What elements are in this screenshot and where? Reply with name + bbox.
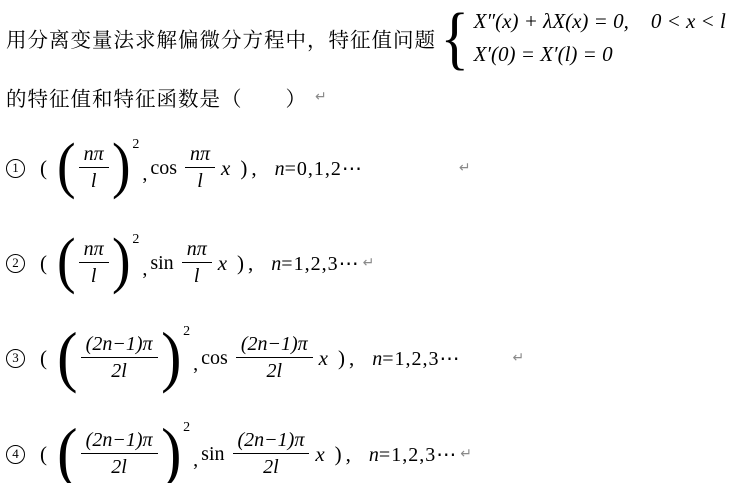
fraction-denominator: 2l xyxy=(266,358,282,383)
option-2-tuple-close-paren: ), xyxy=(237,251,257,276)
option-4-tuple-close-paren: ), xyxy=(335,442,355,467)
option-row-4: 4 ( ( (2n−1)π2l ) 2 , sin (2n−1)π2l x ),… xyxy=(6,417,738,483)
option-2-tuple-open-paren: ( xyxy=(40,251,47,276)
problem-statement-row: 用分离变量法求解偏微分方程中，特征值问题 { X″(x) + λX(x) = 0… xyxy=(6,4,738,72)
paragraph-return-mark: ↵ xyxy=(513,351,525,365)
big-open-paren: ( xyxy=(57,418,77,483)
range-values: =1,2,3⋯ xyxy=(379,444,457,466)
system-domain-condition: 0 < x < l xyxy=(651,9,726,33)
option-3-circled-number: 3 xyxy=(6,349,25,368)
trig-function-label: sin xyxy=(150,252,173,275)
fraction-numerator: nπ xyxy=(79,237,109,263)
power-exponent: 2 xyxy=(183,420,190,436)
fraction-numerator: (2n−1)π xyxy=(81,332,158,358)
range-values: =0,1,2⋯ xyxy=(285,158,363,180)
fraction-denominator: l xyxy=(194,263,200,288)
option-row-3: 3 ( ( (2n−1)π2l ) 2 , cos (2n−1)π2l x ),… xyxy=(6,321,738,395)
system-equation-1: X″(x) + λX(x) = 0, xyxy=(474,9,629,33)
option-3-index-range: n=1,2,3⋯ xyxy=(372,346,460,371)
eigenvalue-fraction: (2n−1)π2l xyxy=(81,332,158,383)
fraction-denominator: 2l xyxy=(111,454,127,479)
paragraph-return-mark: ↵ xyxy=(315,90,327,104)
fraction-numerator: nπ xyxy=(79,142,109,168)
big-close-paren: ) xyxy=(161,322,181,390)
question-text: 的特征值和特征函数是（ ） xyxy=(6,82,307,112)
paragraph-return-mark: ↵ xyxy=(460,447,472,461)
argument-fraction: nπl xyxy=(185,142,215,193)
option-4-circled-number: 4 xyxy=(6,445,25,464)
big-close-paren: ) xyxy=(161,418,181,483)
big-close-paren: ) xyxy=(112,135,131,197)
comma-separator: , xyxy=(193,449,198,472)
fraction-denominator: 2l xyxy=(263,454,279,479)
range-variable: n xyxy=(369,444,379,466)
fraction-numerator: nπ xyxy=(182,237,212,263)
option-1-tuple-close-paren: ), xyxy=(240,156,260,181)
argument-fraction: nπl xyxy=(182,237,212,288)
range-values: =1,2,3⋯ xyxy=(382,348,460,370)
trig-function-label: cos xyxy=(201,347,228,370)
option-3-tuple-close-paren: ), xyxy=(338,346,358,371)
range-values: =1,2,3⋯ xyxy=(281,253,359,275)
option-1-tuple-open-paren: ( xyxy=(40,156,47,181)
paragraph-return-mark: ↵ xyxy=(363,256,375,270)
comma-separator: , xyxy=(142,163,147,186)
big-open-paren: ( xyxy=(57,135,76,197)
range-variable: n xyxy=(372,348,382,370)
question-row: 的特征值和特征函数是（ ） ↵ xyxy=(6,85,738,109)
variable-x: x xyxy=(319,346,328,371)
option-1-index-range: n=0,1,2⋯ xyxy=(275,156,363,181)
variable-x: x xyxy=(218,251,227,276)
argument-fraction: (2n−1)π2l xyxy=(236,332,313,383)
option-4-eigenvalue-group: ( (2n−1)π2l ) 2 xyxy=(56,420,189,483)
option-2-eigenvalue-group: ( nπl ) 2 xyxy=(56,232,138,294)
power-exponent: 2 xyxy=(132,137,139,153)
variable-x: x xyxy=(221,156,230,181)
big-close-paren: ) xyxy=(112,230,131,292)
big-open-paren: ( xyxy=(57,322,77,390)
option-1-eigenvalue-group: ( nπl ) 2 xyxy=(56,137,138,199)
system-left-brace: { xyxy=(441,7,470,70)
comma-separator: , xyxy=(193,353,198,376)
paragraph-return-mark: ↵ xyxy=(459,161,471,175)
fraction-denominator: l xyxy=(197,168,203,193)
eigenvalue-fraction: nπl xyxy=(79,237,109,288)
power-exponent: 2 xyxy=(132,232,139,248)
option-4-tuple-open-paren: ( xyxy=(40,442,47,467)
option-3-tuple-open-paren: ( xyxy=(40,346,47,371)
argument-fraction: (2n−1)π2l xyxy=(233,428,310,479)
eigenvalue-system: { X″(x) + λX(x) = 0,0 < x < l X′(0) = X′… xyxy=(438,5,726,71)
document-page: 用分离变量法求解偏微分方程中，特征值问题 { X″(x) + λX(x) = 0… xyxy=(0,0,738,483)
system-equation-1-line: X″(x) + λX(x) = 0,0 < x < l xyxy=(474,5,726,38)
eigenvalue-fraction: nπl xyxy=(79,142,109,193)
fraction-numerator: (2n−1)π xyxy=(233,428,310,454)
comma-separator: , xyxy=(142,258,147,281)
system-equations: X″(x) + λX(x) = 0,0 < x < l X′(0) = X′(l… xyxy=(474,5,726,71)
option-1-circled-number: 1 xyxy=(6,159,25,178)
fraction-numerator: nπ xyxy=(185,142,215,168)
fraction-numerator: (2n−1)π xyxy=(236,332,313,358)
variable-x: x xyxy=(315,442,324,467)
power-exponent: 2 xyxy=(183,324,190,340)
option-2-circled-number: 2 xyxy=(6,254,25,273)
fraction-denominator: l xyxy=(91,263,97,288)
fraction-numerator: (2n−1)π xyxy=(81,428,158,454)
option-3-eigenvalue-group: ( (2n−1)π2l ) 2 xyxy=(56,324,189,392)
option-4-index-range: n=1,2,3⋯ xyxy=(369,442,457,467)
trig-function-label: cos xyxy=(150,157,177,180)
range-variable: n xyxy=(271,253,281,275)
option-row-1: 1 ( ( nπl ) 2 , cos nπl x ), n=0,1,2⋯ ↵ xyxy=(6,132,738,204)
trig-function-label: sin xyxy=(201,443,224,466)
fraction-denominator: 2l xyxy=(111,358,127,383)
system-equation-2-line: X′(0) = X′(l) = 0 xyxy=(474,38,726,71)
system-equation-2: X′(0) = X′(l) = 0 xyxy=(474,42,613,66)
range-variable: n xyxy=(275,158,285,180)
option-2-index-range: n=1,2,3⋯ xyxy=(271,251,359,276)
option-row-2: 2 ( ( nπl ) 2 , sin nπl x ), n=1,2,3⋯ ↵ xyxy=(6,227,738,299)
problem-intro-text: 用分离变量法求解偏微分方程中，特征值问题 xyxy=(6,23,436,53)
fraction-denominator: l xyxy=(91,168,97,193)
eigenvalue-fraction: (2n−1)π2l xyxy=(81,428,158,479)
big-open-paren: ( xyxy=(57,230,76,292)
